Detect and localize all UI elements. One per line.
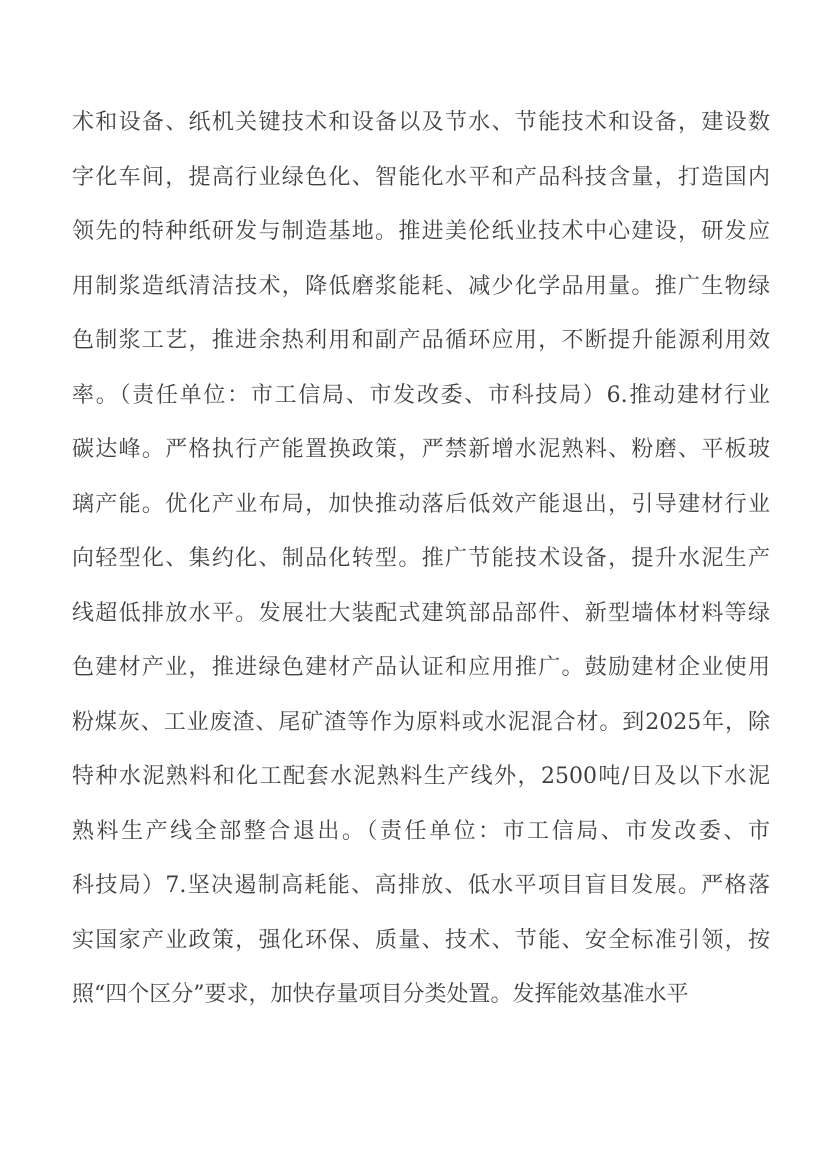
text-line: 术和设备、纸机关键技术和设备以及节水、节能技术和设备，建设数	[72, 96, 770, 151]
text-line: 色建材产业，推进绿色建材产品认证和应用推广。鼓励建材企业使用	[72, 641, 770, 696]
text-line: 实国家产业政策，强化环保、质量、技术、节能、安全标准引领，按	[72, 914, 770, 969]
text-line: 照“四个区分”要求，加快存量项目分类处置。发挥能效基准水平	[72, 968, 770, 1023]
text-line: 特种水泥熟料和化工配套水泥熟料生产线外，2500吨/日及以下水泥	[72, 750, 770, 805]
document-page: 术和设备、纸机关键技术和设备以及节水、节能技术和设备，建设数字化车间，提高行业绿…	[0, 0, 826, 1169]
text-line: 向轻型化、集约化、制品化转型。推广节能技术设备，提升水泥生产	[72, 532, 770, 587]
text-line: 率。（责任单位：市工信局、市发改委、市科技局）6.推动建材行业	[72, 369, 770, 424]
text-line: 粉煤灰、工业废渣、尾矿渣等作为原料或水泥混合材。到2025年，除	[72, 696, 770, 751]
text-line: 科技局）7.坚决遏制高耗能、高排放、低水平项目盲目发展。严格落	[72, 859, 770, 914]
text-line: 线超低排放水平。发展壮大装配式建筑部品部件、新型墙体材料等绿	[72, 587, 770, 642]
text-block: 术和设备、纸机关键技术和设备以及节水、节能技术和设备，建设数字化车间，提高行业绿…	[72, 96, 770, 1023]
text-line: 碳达峰。严格执行产能置换政策，严禁新增水泥熟料、粉磨、平板玻	[72, 423, 770, 478]
text-line: 字化车间，提高行业绿色化、智能化水平和产品科技含量，打造国内	[72, 151, 770, 206]
text-line: 熟料生产线全部整合退出。（责任单位：市工信局、市发改委、市	[72, 805, 770, 860]
text-line: 色制浆工艺，推进余热利用和副产品循环应用，不断提升能源利用效	[72, 314, 770, 369]
text-line: 璃产能。优化产业布局，加快推动落后低效产能退出，引导建材行业	[72, 478, 770, 533]
text-line: 用制浆造纸清洁技术，降低磨浆能耗、减少化学品用量。推广生物绿	[72, 260, 770, 315]
text-line: 领先的特种纸研发与制造基地。推进美伦纸业技术中心建设，研发应	[72, 205, 770, 260]
